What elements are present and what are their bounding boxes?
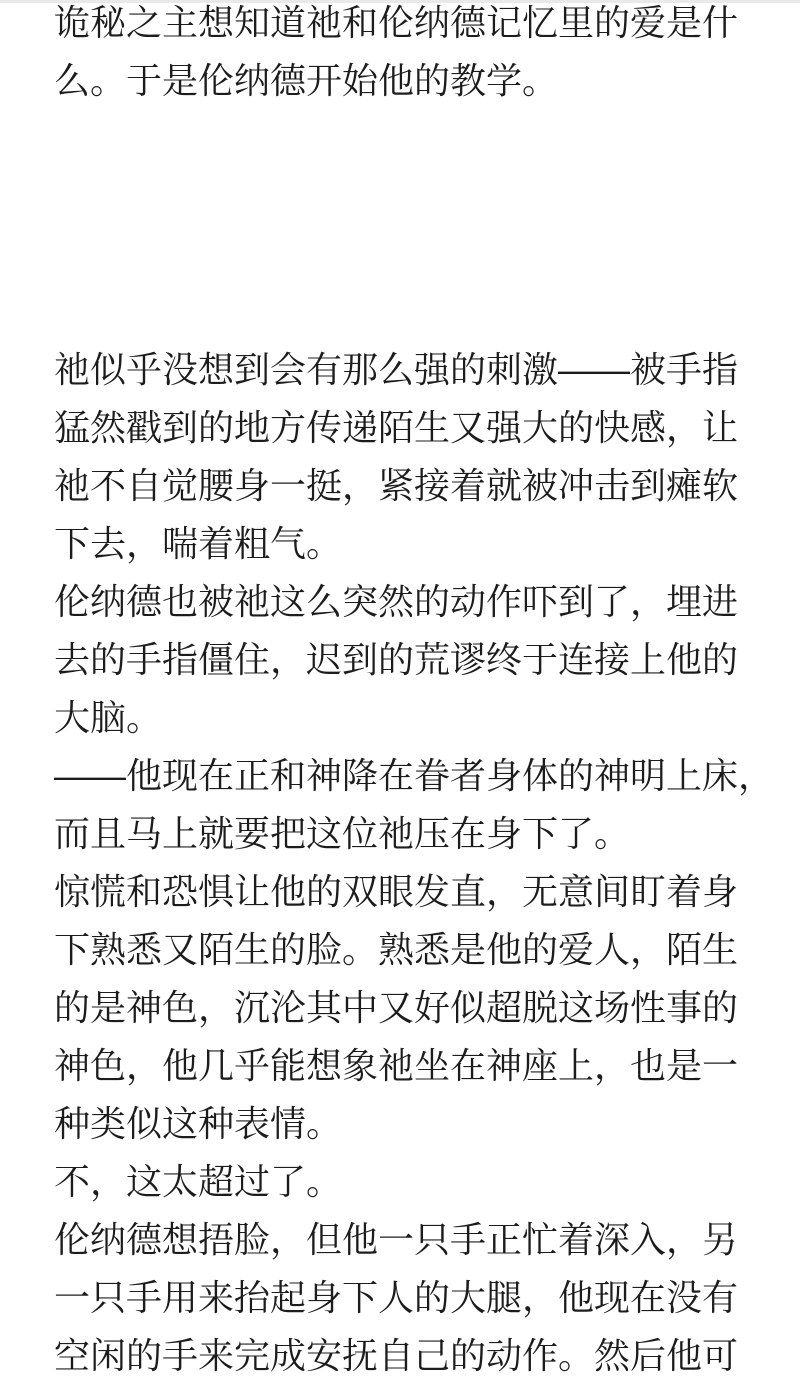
paragraph-gap — [54, 110, 760, 341]
paragraph-intro: 诡秘之主想知道祂和伦纳德记忆里的爱是什 么。于是伦纳德开始他的教学。 — [54, 0, 760, 110]
reader-content: 诡秘之主想知道祂和伦纳德记忆里的爱是什 么。于是伦纳德开始他的教学。 祂似乎没想… — [0, 0, 800, 1377]
paragraph-3: ——他现在正和神降在眷者身体的神明上床， 而且马上就要把这位祂压在身下了。 — [54, 747, 760, 863]
reader-page: 诡秘之主想知道祂和伦纳德记忆里的爱是什 么。于是伦纳德开始他的教学。 祂似乎没想… — [0, 0, 800, 1377]
paragraph-2: 伦纳德也被祂这么突然的动作吓到了，埋进 去的手指僵住，迟到的荒谬终于连接上他的 … — [54, 573, 760, 747]
paragraph-5: 不，这太超过了。 — [54, 1153, 760, 1211]
paragraph-4: 惊慌和恐惧让他的双眼发直，无意间盯着身 下熟悉又陌生的脸。熟悉是他的爱人，陌生 … — [54, 863, 760, 1153]
paragraph-6: 伦纳德想捂脸，但他一只手正忙着深入，另 一只手用来抬起身下人的大腿，他现在没有 … — [54, 1211, 760, 1377]
paragraph-1: 祂似乎没想到会有那么强的刺激——被手指 猛然戳到的地方传递陌生又强大的快感，让 … — [54, 341, 760, 573]
